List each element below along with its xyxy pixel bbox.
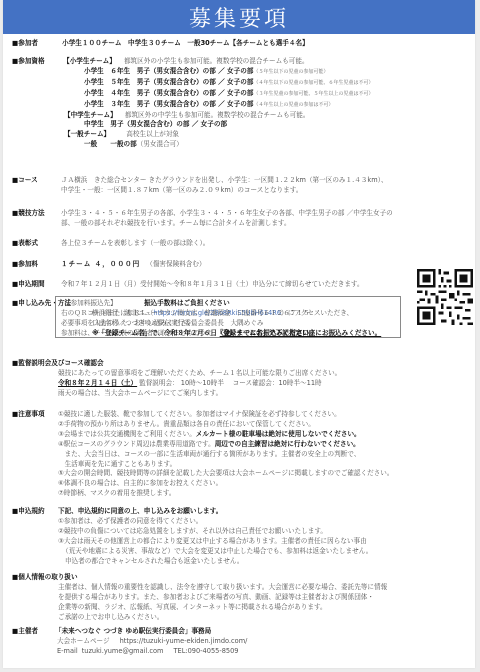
general-note: （男女混合可）: [137, 140, 183, 148]
course-line-2: 中学生・一般：一区間１.８７km（第一区のみ２.０９km）のコースとなります。: [61, 186, 302, 194]
elementary-note-5: （４年生以下の児童の参加可能、６年生児童は不可）: [253, 80, 373, 86]
section-organizer: ■主催者「未来へつなぐ つづき ゆめ駅伝実行委員会」事務局 大会ホームページht…: [12, 627, 478, 657]
method-line-1: 小学生３・４・５・６年生男子の各部、小学生３・４・５・６年生女子の各部、中学生男…: [61, 209, 393, 217]
participants-text: 小学生１００チーム 中学生３０チーム 一般30チーム【各チームとも選手４名】: [62, 39, 309, 47]
junior-row: 中学生 男子（男女混合含む）の部 ／ 女子の部: [84, 120, 227, 128]
section-fee: ■参加料１チーム ４，０００円（傷害保険料含む）: [12, 260, 469, 270]
email-link[interactable]: tuzuki.yume@gmail.com: [82, 647, 164, 655]
general-heading: 【一般チーム】: [64, 130, 110, 138]
note-item-5: ⑤大会の開会時間、競技時間等の詳細を記載した大会要項は大会ホームページに掲載しま…: [58, 469, 393, 477]
note-item-1: ①競技に適した服装、靴で参加してください。参加者はマイナ保険証を必ず持参してくだ…: [58, 410, 341, 418]
junior-desc: 都筑区外の中学生も参加可能。複数学校の混合チームも可能。: [125, 111, 310, 119]
elementary-row-5: 小学生 ５年生 男子（男女混合含む）の部 ／ 女子の部: [84, 78, 253, 86]
section-period: ■申込期間令和７年１２月１日（月）受付開始～令和８年１月３１日（土）申込分にて締…: [12, 280, 469, 290]
section-course: ■コースＪＡ横浜 きた総合センター きたグラウンドを出発し、小学生：一区間１.２…: [12, 176, 469, 196]
elementary-note-6: （５年生以下の児童の参加可能）: [253, 69, 328, 75]
qr-code-icon[interactable]: [417, 269, 473, 325]
section-notes: ■注意事項①競技に適した服装、靴で参加してください。参加者はマイナ保険証を必ず持…: [12, 410, 478, 499]
fee-note: （傷害保険料含む）: [146, 260, 205, 268]
award-label: ■表彰式: [12, 239, 61, 249]
method-label: ■競技方法: [12, 209, 61, 219]
privacy-line-2: を提供する場合があります。また、参加者およびご来場者の写真、動画、記録等は主催者…: [58, 593, 374, 601]
section-terms: ■申込規約下記、申込規約に同意の上、申し込みをお願いします。 ①参加者は、必ず保…: [12, 507, 478, 566]
course-label: ■コース: [12, 176, 61, 186]
junior-heading: 【中学生チーム】: [64, 111, 117, 119]
privacy-line-3: 企業等の新聞、ラジオ、広報紙、写真展、インターネット等に掲載される場合があります…: [58, 603, 327, 611]
organizer-name: 「未来へつなぐ つづき ゆめ駅伝実行委員会」事務局: [55, 627, 211, 635]
elementary-heading: 【小学生チーム】: [63, 57, 116, 65]
briefing-label: ■監督説明会及びコース確認会: [12, 359, 104, 369]
note-item-3-emphasis: メルカート様の駐車場は絶対に使用しないでください。: [196, 430, 361, 438]
briefing-line-1: 競技にあたっての留意事項をご理解いただくため、チーム１名以上可能な限りご出席くだ…: [58, 369, 341, 377]
briefing-date: 令和８年２月１４日（土）: [58, 379, 137, 387]
title-banner: 募集要項: [3, 0, 475, 34]
elementary-note-3: （４年生以上の児童の参加は不可）: [253, 102, 333, 108]
period-text: 令和７年１２月１日（月）受付開始～令和８年１月３１日（土）申込分にて締切らせてい…: [61, 280, 364, 288]
elementary-row-3: 小学生 ３年生 男子（男女混合含む）の部 ／ 女子の部: [84, 100, 253, 108]
elementary-note-4: （３年生児童の参加可能、５年生以上の児童は不可）: [253, 91, 373, 97]
homepage-label: 大会ホームページ: [57, 637, 110, 645]
eligibility-label: ■参加資格: [12, 57, 61, 67]
organizer-label: ■主催者: [12, 627, 55, 637]
payment-fee-note: 振込手数料はご負担ください: [144, 299, 230, 307]
section-eligibility: ■参加資格 【小学生チーム】 都筑区外の小学生も参加可能。複数学校の混合チームも…: [12, 57, 469, 150]
homepage-link[interactable]: https://tuzuki-yume-ekiden.jimdo.com/: [120, 637, 248, 645]
note-item-7: ⑦時節柄、マスクの着用を推奨します。: [58, 489, 175, 497]
payment-heading: 【参加料振込先】: [64, 299, 144, 309]
note-item-3: ③会場までは公共交通機関をご利用ください。: [58, 430, 196, 438]
note-item-4-cont-2: 生活車両を先に通すこともあります。: [58, 460, 176, 468]
terms-item-3: ③大会は雨天その他運営上の都合により変更又は中止する場合があります。主催者の責任…: [58, 537, 367, 545]
section-award: ■表彰式各上位３チームを表彰します（一般の部は除く）。: [12, 239, 469, 249]
note-item-4-cont-1: また、大会当日は、コースの一部に生活車両が通行する箇所があります。主催者の安全上…: [58, 450, 360, 458]
course-line-1: ＪＡ横浜 きた総合センター きたグラウンドを出発し、小学生：一区間１.２２km（…: [61, 176, 388, 184]
section-briefing: ■監督説明会及びコース確認会 競技にあたっての留意事項をご理解いただくため、チー…: [12, 359, 478, 399]
section-method: ■競技方法小学生３・４・５・６年生男子の各部、小学生３・４・５・６年生女子の各部…: [12, 209, 469, 229]
briefing-line-3: 雨天の場合は、当大会ホームページにてご案内します。: [58, 389, 222, 397]
fee-amount: １チーム ４，０００円: [61, 260, 140, 268]
payment-info-box: 【参加料振込先】振込手数料はご負担ください 横浜銀行 港北ニュータウン南支店 普…: [55, 296, 401, 338]
section-privacy: ■個人情報の取り扱い 主催者は、個人情報の重要性を認識し、法令を遵守して取り扱い…: [12, 573, 478, 623]
fee-label: ■参加料: [12, 260, 61, 270]
phone-number: TEL:090-4055-8509: [174, 647, 239, 655]
section-participants: ■参加者 小学生１００チーム 中学生３０チーム 一般30チーム【各チームとも選手…: [12, 39, 469, 49]
note-item-4: ④駅伝コースのグラウンド周辺は農業専用道路です。: [58, 440, 215, 448]
note-item-4-emphasis: 周辺での自主練習は絶対に行わないでください。: [215, 440, 360, 448]
email-label: E-mail: [57, 647, 78, 655]
terms-label: ■申込規約: [12, 507, 58, 517]
general-row: 一般 一般の部: [84, 140, 137, 148]
notes-label: ■注意事項: [12, 410, 58, 420]
elementary-row-4: 小学生 ４年生 男子（男女混合含む）の部 ／ 女子の部: [84, 89, 253, 97]
note-item-6: ⑥体調不良の場合は、自主的に参加をお控えください。: [58, 479, 222, 487]
note-item-2: ②手荷物の預かり所はありません。貴重品類は各自の責任において保管してください。: [58, 420, 315, 428]
terms-item-1: ①参加者は、必ず保護者の同意を得てください。: [58, 517, 202, 525]
payment-bank: 横浜銀行 港北ニュータウン南支店 普通預金 口座番号６１２６７１５: [92, 309, 310, 317]
payment-deadline: ※「登録チーム名」で、令和８年２月６日（金）までにお振込みください。: [92, 329, 316, 337]
briefing-times: 監督説明会： 10時～10時半 コース確認会：10時半～11時: [139, 379, 322, 387]
terms-item-3-cont-1: （荒天や地震による災害、事故など）で大会を変更又は中止した場合でも、参加料は返金…: [62, 547, 372, 555]
flyer-page: 募集要項 ■参加者 小学生１００チーム 中学生３０チーム 一般30チーム【各チー…: [3, 0, 475, 668]
payment-holder: 口座名称／つづきゆめ駅伝実行委員会委員長 大隅めぐみ: [92, 319, 263, 327]
period-label: ■申込期間: [12, 280, 61, 290]
terms-item-2: ②競技中の負傷については応急処置をしますが、それ以外は自己責任でお願いいたします…: [58, 527, 327, 535]
privacy-label: ■個人情報の取り扱い: [12, 573, 78, 583]
method-line-2: 部、一般の部それぞれ競技を行います。チーム毎に合計タイムを計測します。: [61, 219, 291, 227]
page-title: 募集要項: [189, 2, 289, 33]
elementary-desc: 都筑区外の小学生も参加可能。複数学校の混合チームも可能。: [124, 57, 309, 65]
award-text: 各上位３チームを表彰します（一般の部は除く）。: [61, 239, 209, 247]
terms-item-3-cont-2: 申込者の都合でキャンセルされた場合も返金いたしません。: [65, 557, 243, 565]
general-desc: 高校生以上が対象: [126, 130, 179, 138]
privacy-line-1: 主催者は、個人情報の重要性を認識し、法令を遵守して取り扱います。大会運営に必要な…: [58, 583, 387, 591]
elementary-row-6: 小学生 ６年生 男子（男女混合含む）の部 ／ 女子の部: [84, 67, 253, 75]
participants-label: ■参加者: [12, 39, 60, 49]
privacy-line-4: ご承諾の上でお申し込みください。: [58, 613, 164, 621]
terms-heading: 下記、申込規約に同意の上、申し込みをお願いします。: [58, 507, 222, 515]
